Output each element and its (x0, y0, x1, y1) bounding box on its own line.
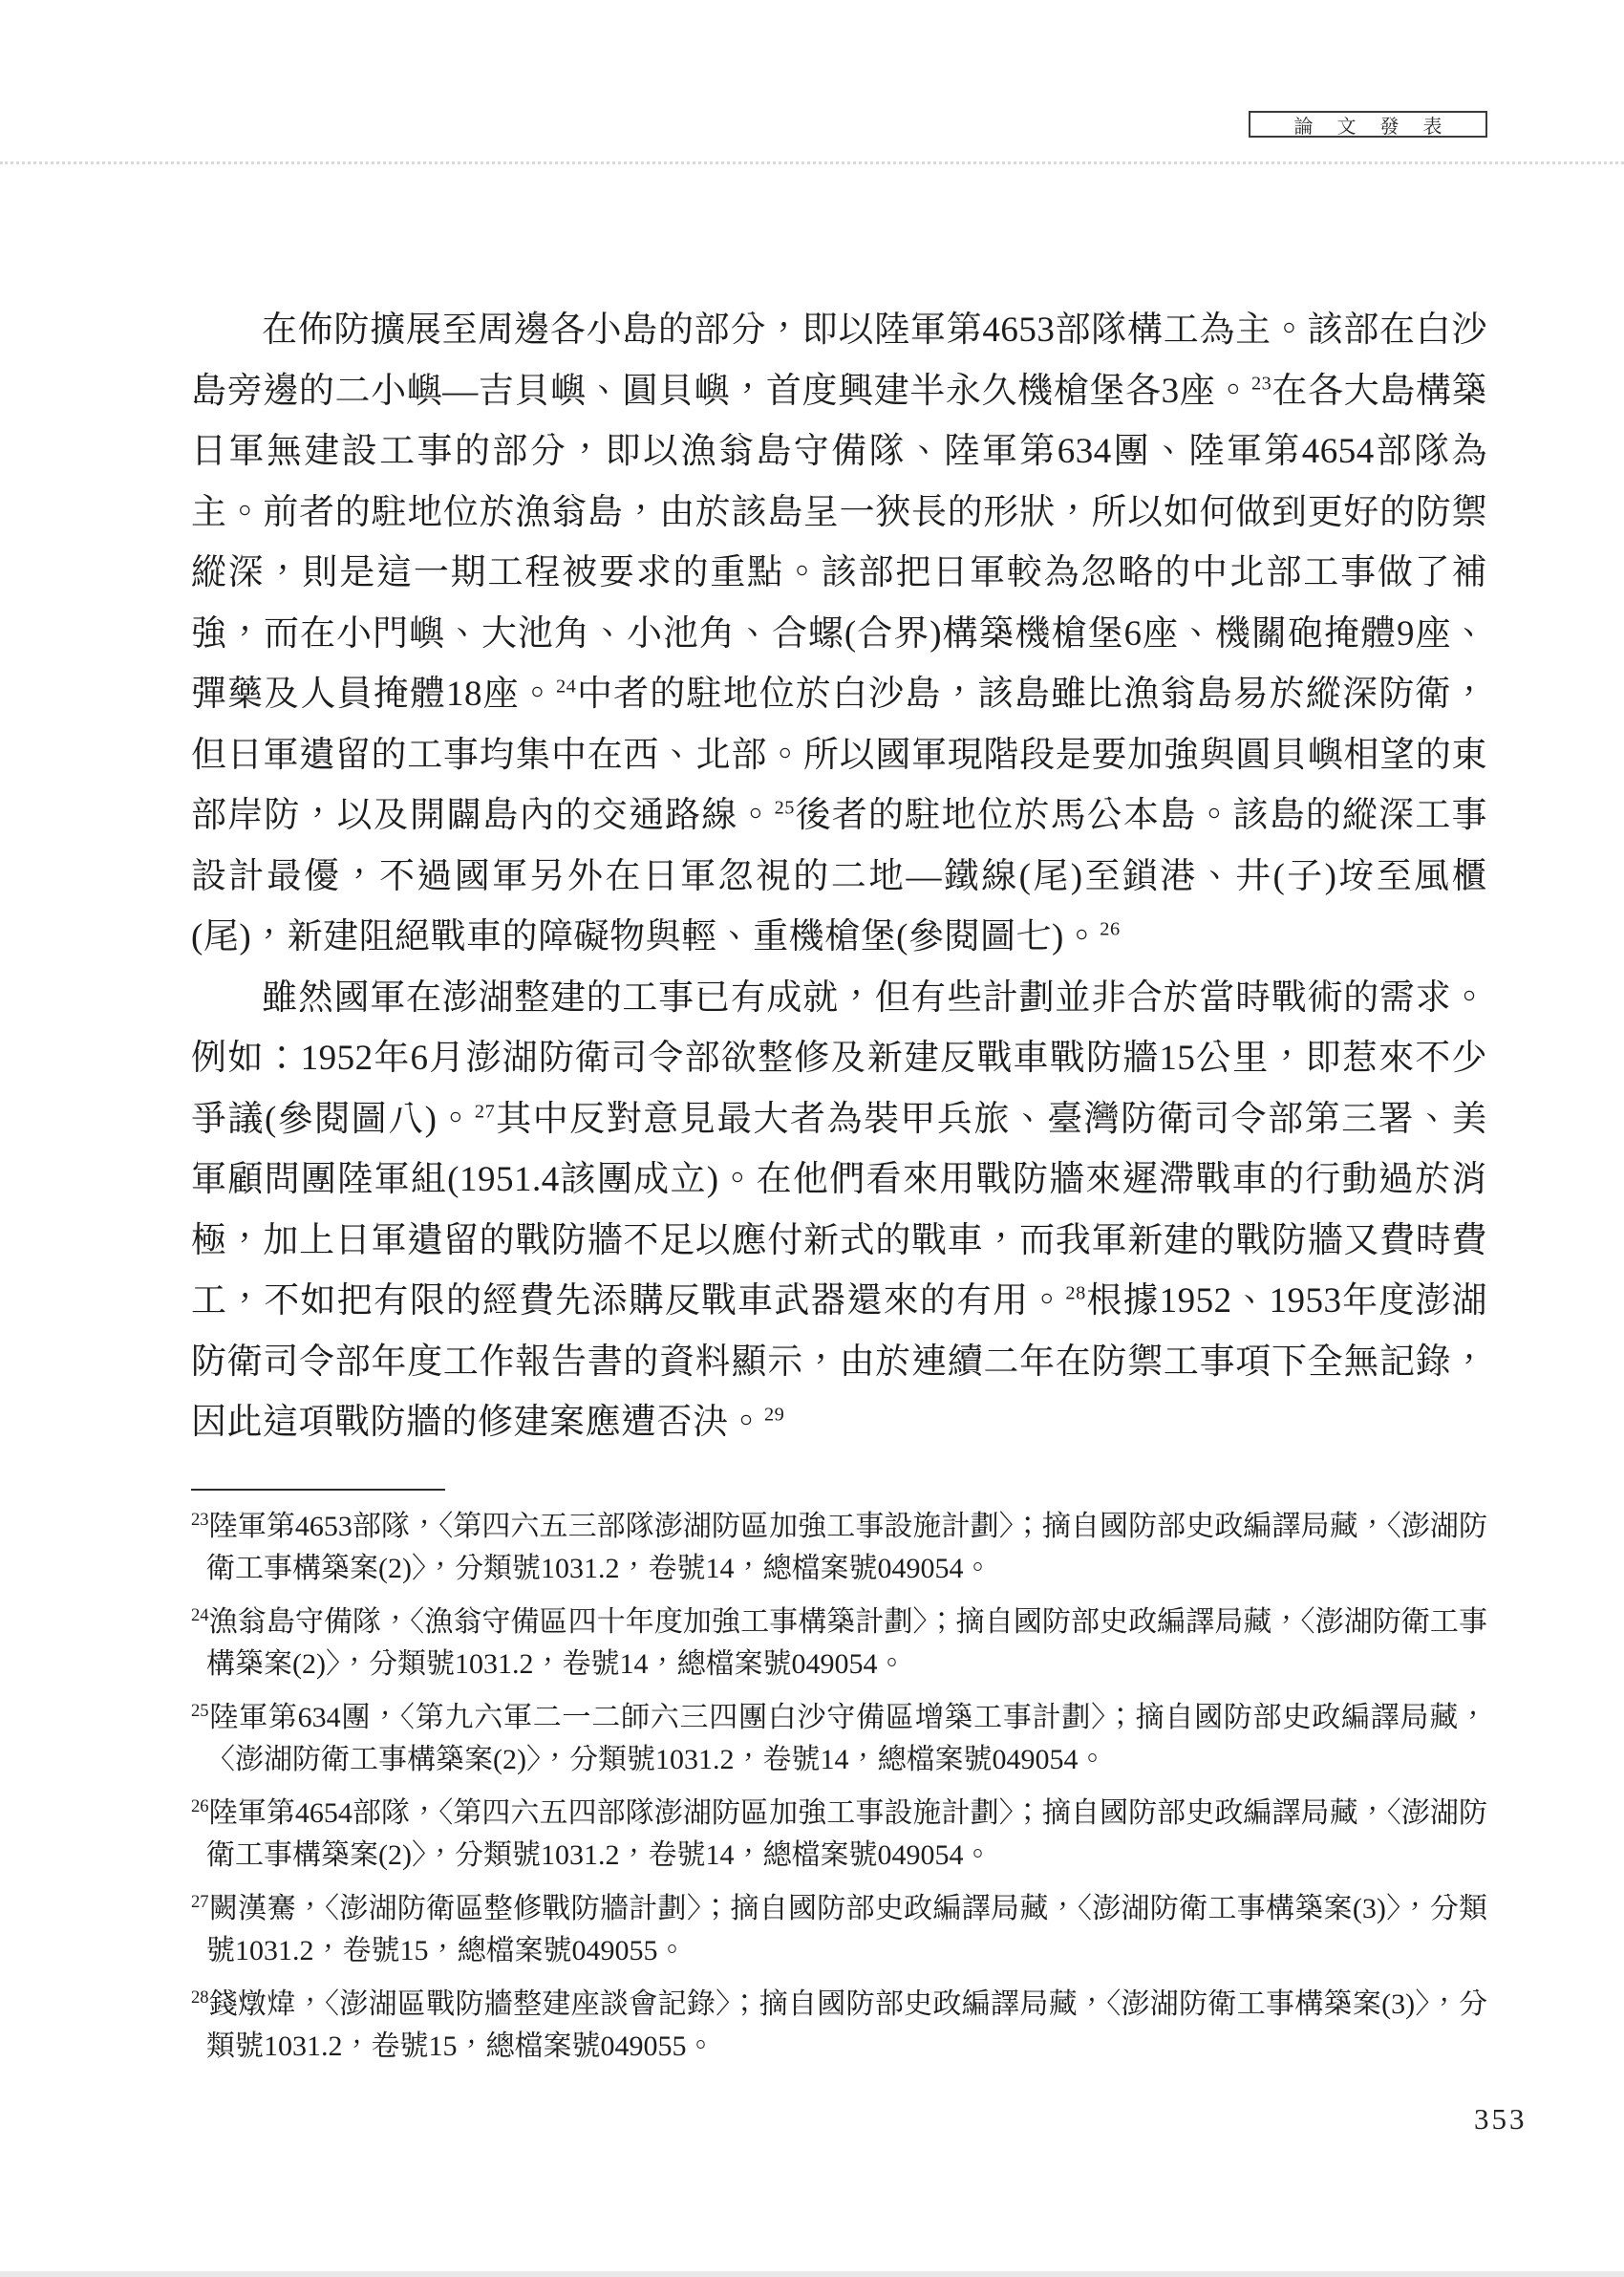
footnote-number: 24 (191, 1605, 209, 1625)
section-header-label: 論 文 發 表 (1294, 111, 1452, 139)
footnote-separator-line (191, 1489, 445, 1491)
footnote-item: 28錢燉煒，〈澎湖區戰防牆整建座談會記錄〉；摘自國防部史政編譯局藏，〈澎湖防衛工… (191, 1984, 1487, 2067)
paragraph: 雖然國軍在澎湖整建的工事已有成就，但有些計劃並非合於當時戰術的需求。例如：195… (191, 968, 1487, 1453)
body-text-block: 在佈防擴展至周邊各小島的部分，即以陸軍第4653部隊構工為主。該部在白沙島旁邊的… (191, 300, 1487, 1453)
footnote-marker: 27 (475, 1101, 495, 1122)
page-number: 353 (1474, 2102, 1528, 2137)
footnotes-block: 23陸軍第4653部隊，〈第四六五三部隊澎湖防區加強工事設施計劃〉；摘自國防部史… (191, 1506, 1487, 2079)
footnote-number: 28 (191, 1987, 209, 2008)
footnote-marker: 26 (1100, 919, 1120, 940)
footnote-number: 26 (191, 1796, 209, 1816)
footnote-item: 24漁翁島守備隊，〈漁翁守備區四十年度加強工事構築計劃〉；摘自國防部史政編譯局藏… (191, 1601, 1487, 1685)
footnote-marker: 28 (1065, 1283, 1085, 1304)
footnote-number: 25 (191, 1701, 209, 1721)
footnote-item: 27闕漢騫，〈澎湖防衛區整修戰防牆計劃〉；摘自國防部史政編譯局藏，〈澎湖防衛工事… (191, 1888, 1487, 1971)
footnote-item: 26陸軍第4654部隊，〈第四六五四部隊澎湖防區加強工事設施計劃〉；摘自國防部史… (191, 1793, 1487, 1876)
section-header-box: 論 文 發 表 (1249, 111, 1487, 138)
footnote-marker: 25 (775, 798, 795, 819)
footnote-number: 27 (191, 1892, 209, 1912)
scan-bottom-edge (0, 2271, 1624, 2277)
footnote-item: 23陸軍第4653部隊，〈第四六五三部隊澎湖防區加強工事設施計劃〉；摘自國防部史… (191, 1506, 1487, 1589)
footnote-marker: 23 (1251, 373, 1271, 394)
paragraph: 在佈防擴展至周邊各小島的部分，即以陸軍第4653部隊構工為主。該部在白沙島旁邊的… (191, 300, 1487, 968)
footnote-marker: 24 (556, 677, 576, 698)
footnote-item: 25陸軍第634團，〈第九六軍二一二師六三四團白沙守備區增築工事計劃〉；摘自國防… (191, 1697, 1487, 1780)
header-dotted-divider (0, 161, 1624, 164)
footnote-marker: 29 (764, 1405, 784, 1426)
footnote-number: 23 (191, 1510, 209, 1530)
document-page: 論 文 發 表 在佈防擴展至周邊各小島的部分，即以陸軍第4653部隊構工為主。該… (0, 0, 1624, 2277)
